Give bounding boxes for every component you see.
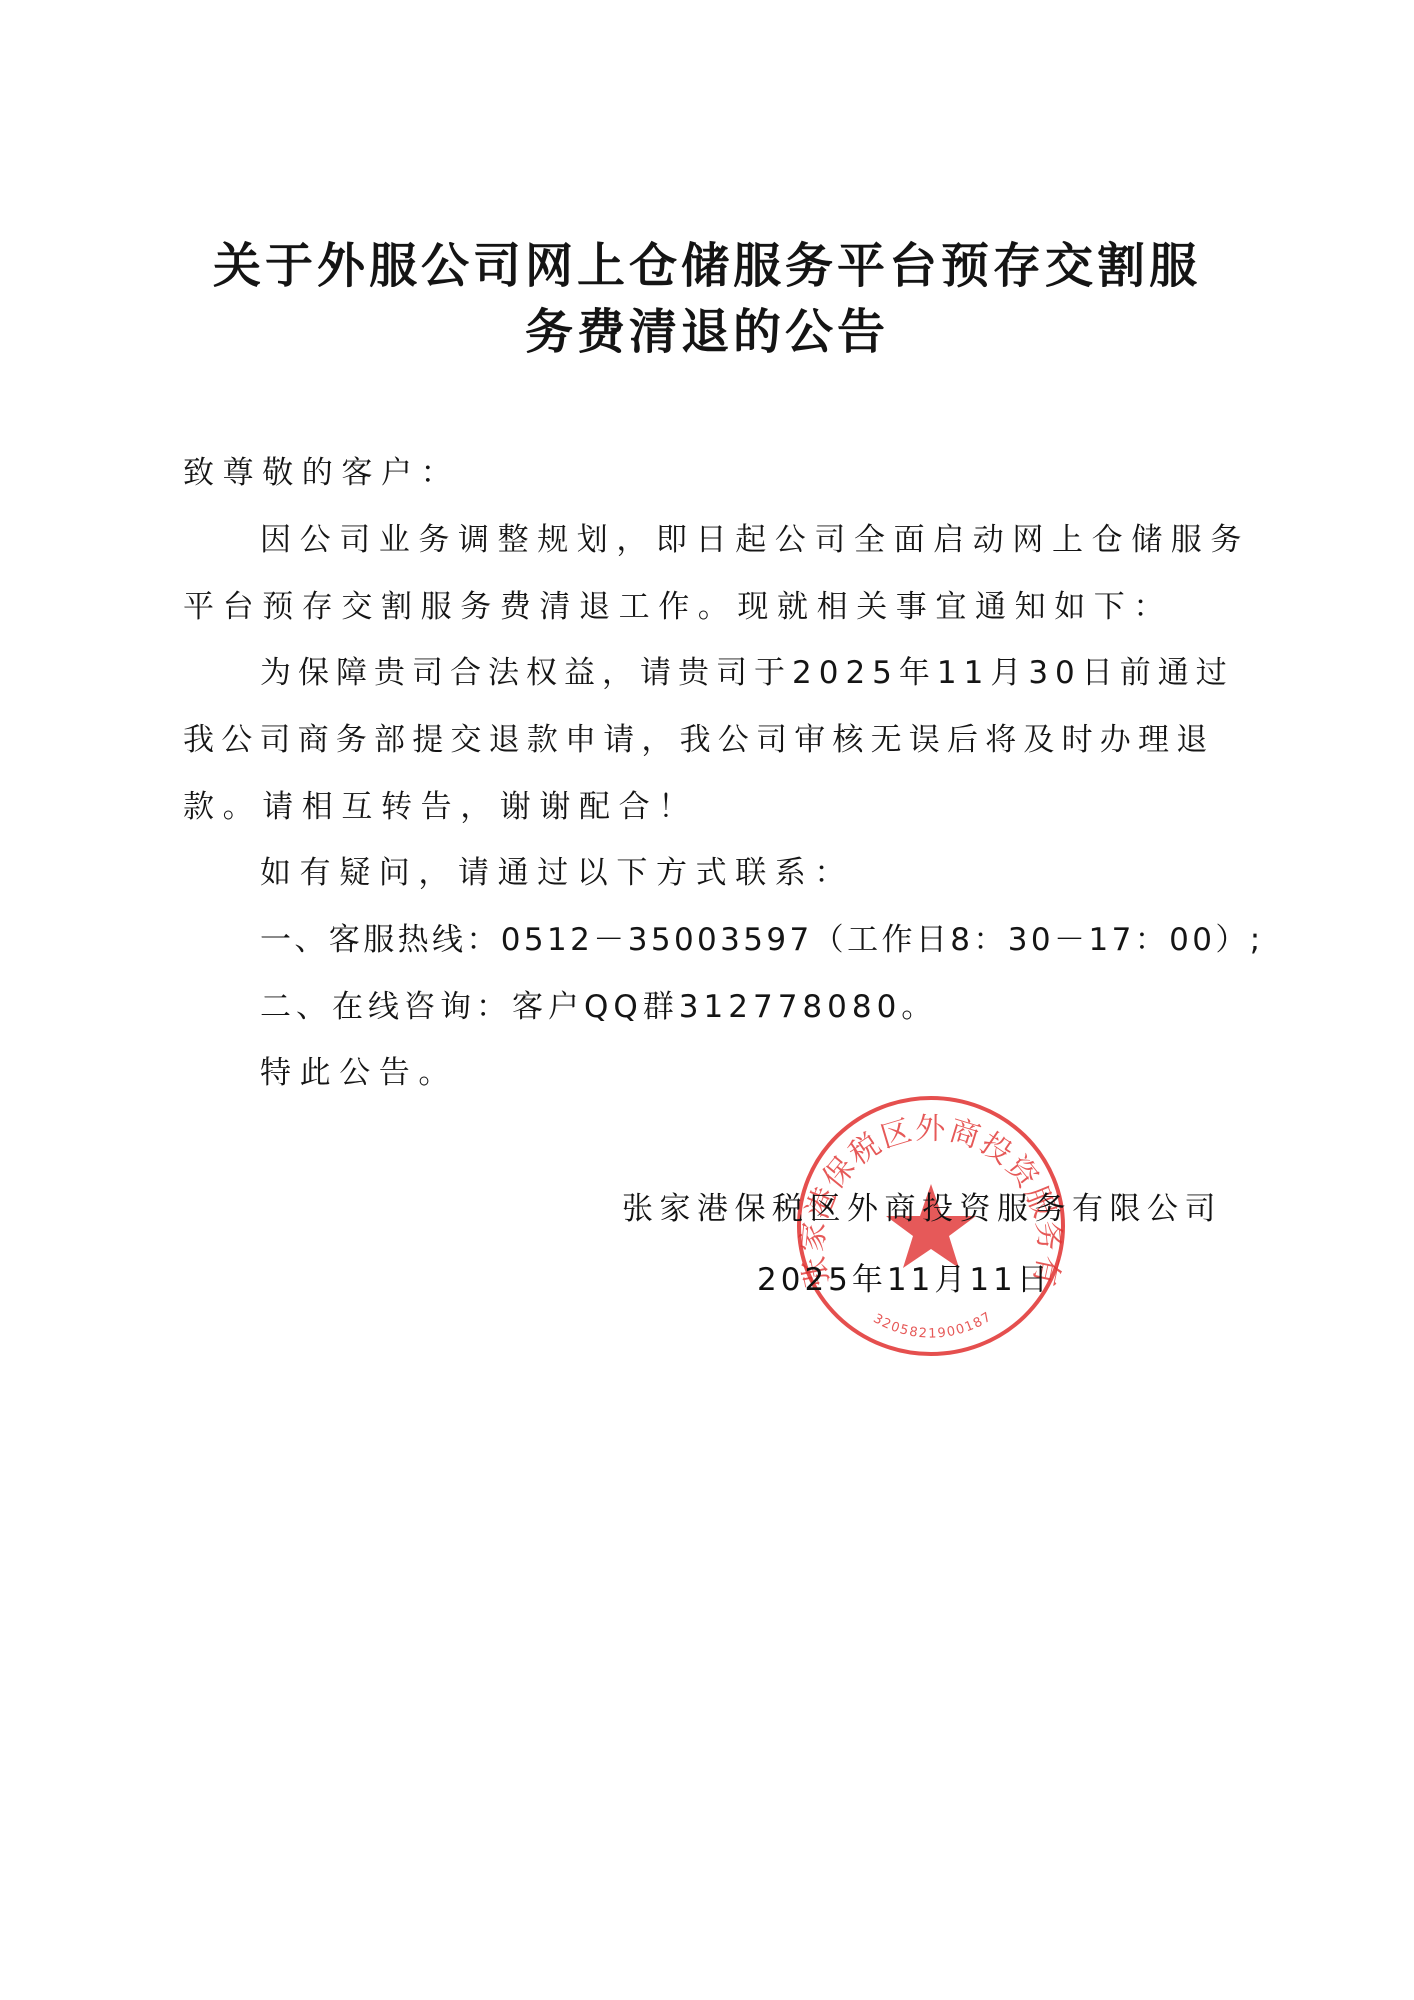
closing-remark: 特此公告。 bbox=[260, 1053, 458, 1093]
document-title-line-2: 务费清退的公告 bbox=[0, 302, 1414, 362]
issue-date: 2025年11月11日 bbox=[757, 1260, 1052, 1300]
body-line-3: 为保障贵司合法权益，请贵司于2025年11月30日前通过 bbox=[260, 653, 1234, 693]
contact-qq-group: 二、在线咨询：客户QQ群312778080。 bbox=[260, 987, 937, 1027]
document-title-line-1: 关于外服公司网上仓储服务平台预存交割服 bbox=[0, 236, 1414, 296]
document-page: 关于外服公司网上仓储服务平台预存交割服 务费清退的公告 致尊敬的客户： 因公司业… bbox=[0, 0, 1414, 2000]
svg-text:3205821900187: 3205821900187 bbox=[871, 1309, 996, 1341]
body-line-6: 如有疑问，请通过以下方式联系： bbox=[260, 853, 854, 893]
issuer-company-name: 张家港保税区外商投资服务有限公司 bbox=[622, 1189, 1222, 1229]
contact-hotline: 一、客服热线：0512－35003597（工作日8：30－17：00）; bbox=[260, 920, 1264, 960]
body-line-5: 款。请相互转告，谢谢配合！ bbox=[183, 787, 698, 827]
salutation: 致尊敬的客户： bbox=[183, 453, 460, 493]
body-line-2: 平台预存交割服务费清退工作。现就相关事宜通知如下： bbox=[183, 587, 1173, 627]
body-line-1: 因公司业务调整规划，即日起公司全面启动网上仓储服务 bbox=[260, 520, 1250, 560]
body-line-4: 我公司商务部提交退款申请，我公司审核无误后将及时办理退 bbox=[183, 720, 1214, 760]
